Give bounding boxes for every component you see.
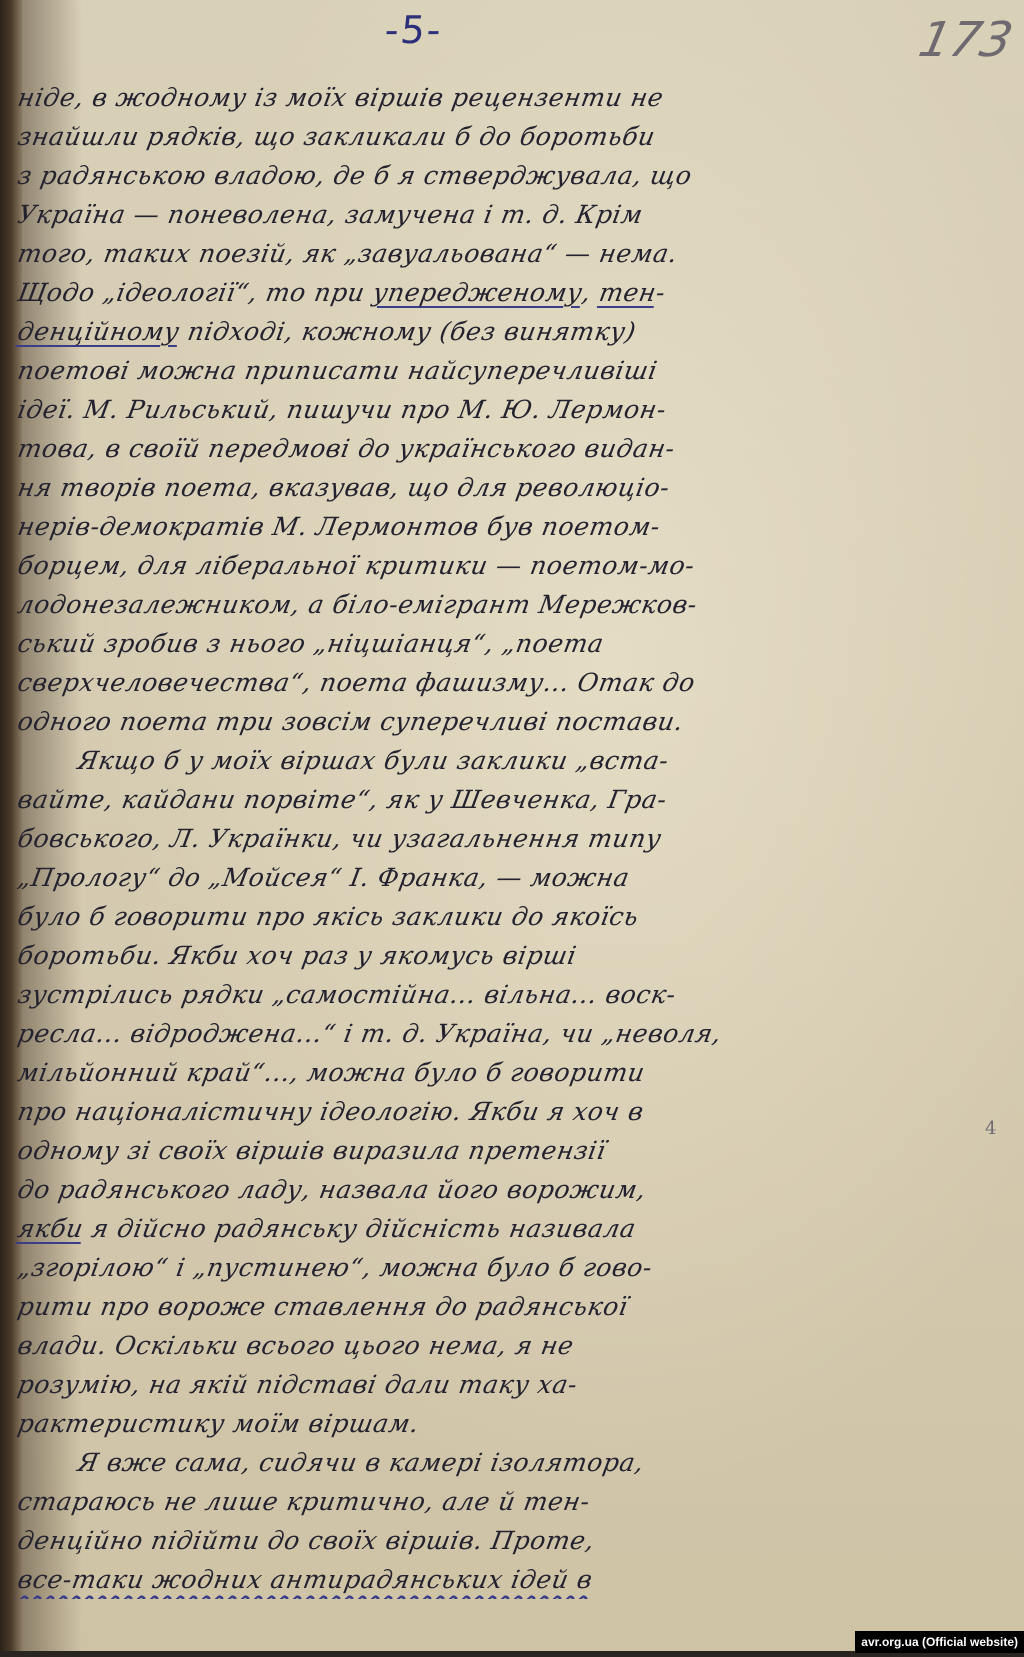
text-line: було б говорити про якісь заклики до яко… <box>15 897 1022 936</box>
text-line: сверхчеловечества“, поета фашизму... Ота… <box>15 663 1022 702</box>
text-line: нерів-демократів М. Лермонтов був поетом… <box>15 507 1022 546</box>
text-line: боротьби. Якби хоч раз у якомусь вірші <box>15 936 1022 975</box>
text-line: стараюсь не лише критично, але й тен- <box>15 1482 1022 1521</box>
underlined-word: денційному <box>15 317 182 346</box>
text-line: одному зі своїх віршів виразила претензі… <box>15 1131 1022 1170</box>
text-line: рити про вороже ставлення до радянської <box>15 1287 1022 1326</box>
source-watermark: avr.org.ua (Official website) <box>855 1631 1024 1653</box>
text-line: Україна — поневолена, замучена і т. д. К… <box>15 195 1022 234</box>
text-line: розумію, на якій підставі дали таку ха- <box>15 1365 1022 1404</box>
scanned-document-page: -5- 173 ніде, в жодному із моїх віршів р… <box>0 0 1024 1657</box>
text-line: това, в своїй передмові до українського … <box>15 429 1022 468</box>
text-line: Щодо „ідеології“, то при упередженому, т… <box>15 273 1022 312</box>
text-line: зустрілись рядки „самостійна... вільна..… <box>15 975 1022 1014</box>
underlined-word: упередженому <box>371 278 585 307</box>
text-line: ня творів поета, вказував, що для револю… <box>15 468 1022 507</box>
text-line: вайте, кайдани порвіте“, як у Шевченка, … <box>15 780 1022 819</box>
text-line: ніде, в жодному із моїх віршів рецензент… <box>15 78 1022 117</box>
text-line: бовського, Л. Українки, чи узагальнення … <box>15 819 1022 858</box>
text-line: ський зробив з нього „ніцшіанця“, „поета <box>15 624 1022 663</box>
underlined-word: тен <box>597 278 659 307</box>
text-line: борцем, для ліберальної критики — поетом… <box>15 546 1022 585</box>
text-line: рактеристику моїм віршам. <box>15 1404 1022 1443</box>
text-line: знайшли рядків, що закликали б до бороть… <box>15 117 1022 156</box>
text-line: денційно підійти до своїх віршів. Проте, <box>15 1521 1022 1560</box>
underlined-word: якби <box>15 1214 85 1243</box>
text-line: про націоналістичну ідеологію. Якби я хо… <box>15 1092 1022 1131</box>
page-number: -5- <box>383 8 445 52</box>
handwritten-body-text: ніде, в жодному із моїх віршів рецензент… <box>18 78 1018 1599</box>
text-line: до радянського ладу, назвала його ворожи… <box>15 1170 1022 1209</box>
text-line: ідеї. М. Рильський, пишучи про М. Ю. Лер… <box>15 390 1022 429</box>
text-line: лодонезалежником, а біло-емігрант Мережк… <box>15 585 1022 624</box>
text-line: денційному підході, кожному (без винятку… <box>15 312 1022 351</box>
archive-folio-number: 173 <box>914 12 1018 68</box>
text-line: все-таки жодних антирадянських ідей в <box>15 1560 1022 1599</box>
text-line: „згорілою“ і „пустинею“, можна було б го… <box>15 1248 1022 1287</box>
margin-mark: 4 <box>985 1118 996 1139</box>
text-line: з радянською владою, де б я стверджувала… <box>15 156 1022 195</box>
text-line: Якщо б у моїх віршах були заклики „вста- <box>15 741 1022 780</box>
text-line: одного поета три зовсім суперечливі пост… <box>15 702 1022 741</box>
text-line: мільйонний край“..., можна було б говори… <box>15 1053 1022 1092</box>
text-line: поетові можна приписати найсуперечливіші <box>15 351 1022 390</box>
text-line: ресла... відроджена...“ і т. д. Україна,… <box>15 1014 1022 1053</box>
text-line: якби я дійсно радянську дійсність назива… <box>15 1209 1022 1248</box>
text-line: влади. Оскільки всього цього нема, я не <box>15 1326 1022 1365</box>
text-line: „Прологу“ до „Мойсея“ І. Франка, — можна <box>15 858 1022 897</box>
text-line: Я вже сама, сидячи в камері ізолятора, <box>15 1443 1022 1482</box>
text-line: того, таких поезій, як „завуальована“ — … <box>15 234 1022 273</box>
